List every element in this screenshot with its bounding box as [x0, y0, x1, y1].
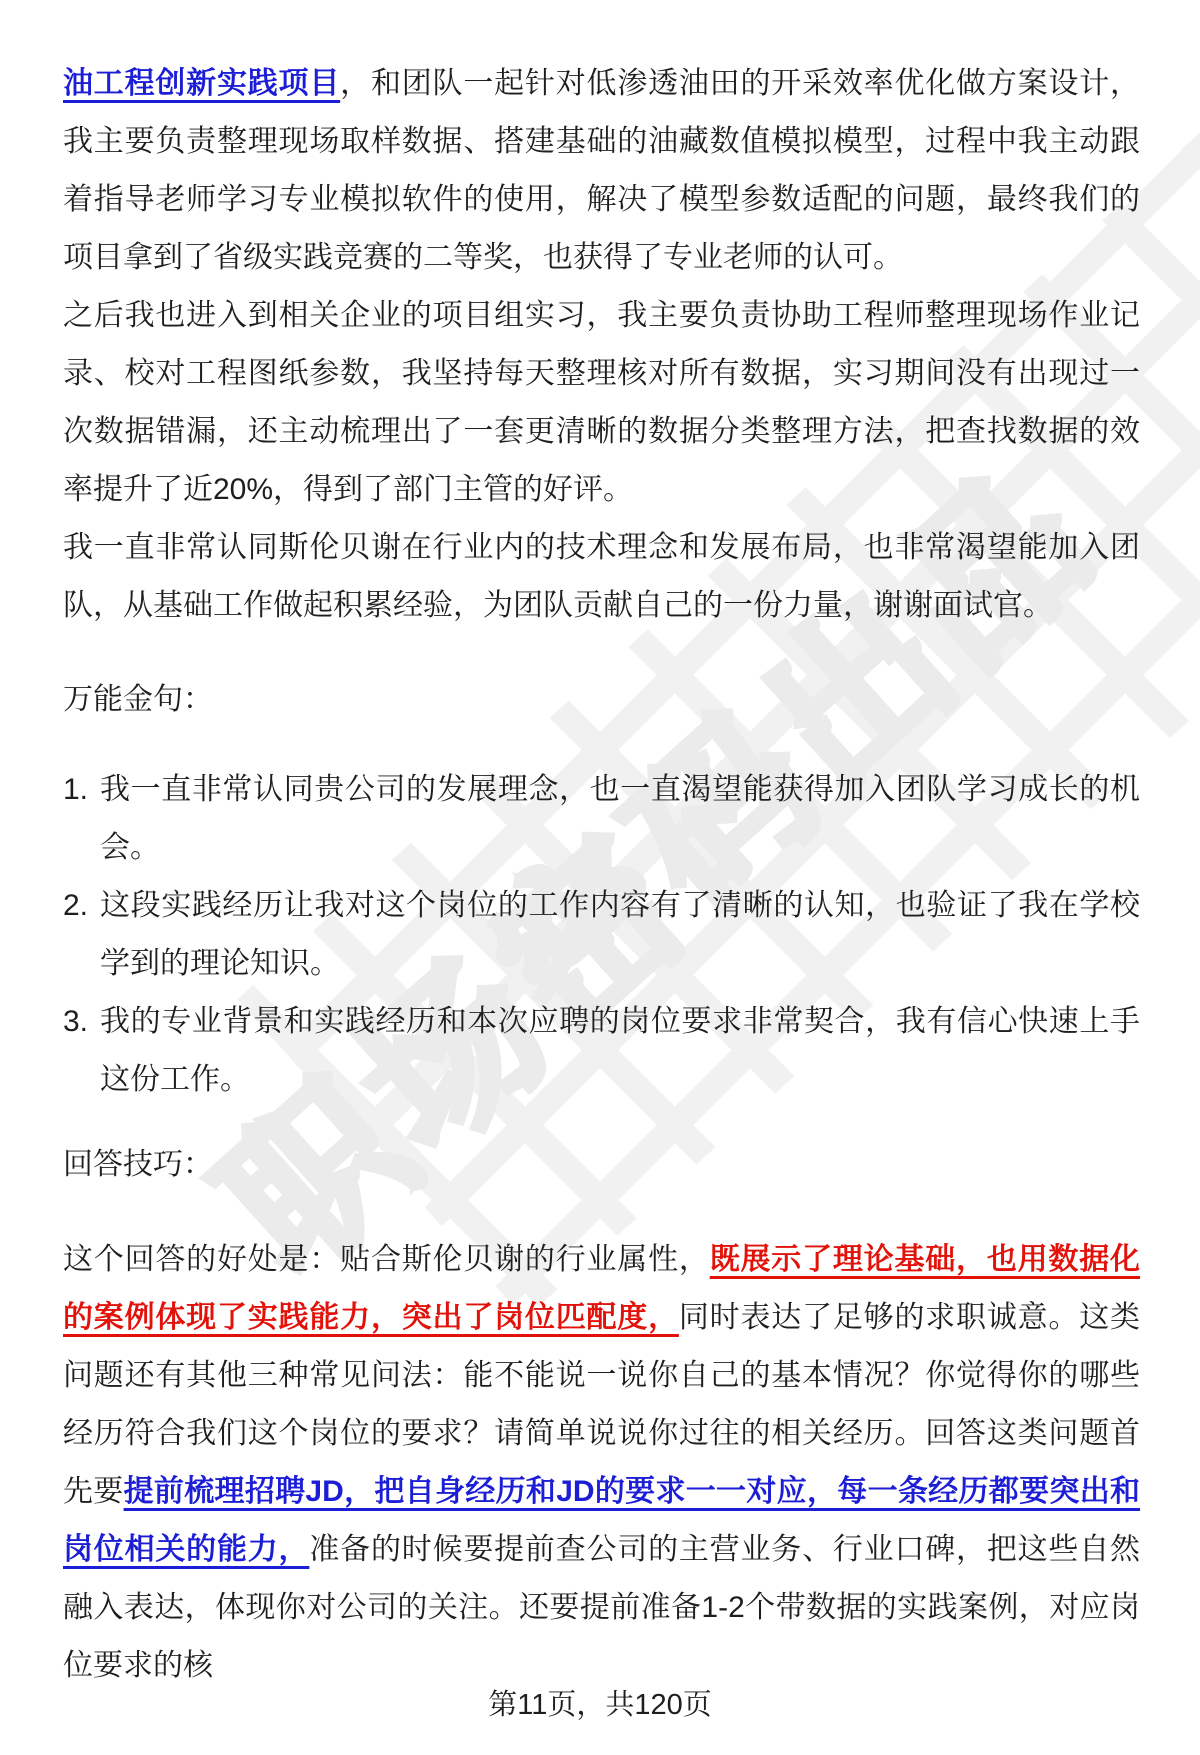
list-item: 3. 我的专业背景和实践经历和本次应聘的岗位要求非常契合，我有信心快速上手这份工… [63, 993, 1140, 1109]
list-item-number: 3. [63, 993, 100, 1109]
list-item-text: 我的专业背景和实践经历和本次应聘的岗位要求非常契合，我有信心快速上手这份工作。 [100, 993, 1140, 1109]
project-title-link[interactable]: 油工程创新实践项目 [63, 67, 340, 100]
paragraph-tips: 这个回答的好处是：贴合斯伦贝谢的行业属性，既展示了理论基础，也用数据化的案例体现… [63, 1231, 1140, 1695]
page-number-footer: 第11页，共120页 [0, 1688, 1200, 1722]
answer-tips-heading: 回答技巧： [63, 1136, 1140, 1194]
golden-sentences-heading: 万能金句： [63, 671, 1140, 729]
list-item-number: 2. [63, 877, 100, 993]
paragraph-project-experience: 油工程创新实践项目，和团队一起针对低渗透油田的开采效率优化做方案设计，我主要负责… [63, 55, 1140, 287]
list-item: 1. 我一直非常认同贵公司的发展理念，也一直渴望能获得加入团队学习成长的机会。 [63, 761, 1140, 877]
document-page: 油工程创新实践项目，和团队一起针对低渗透油田的开采效率优化做方案设计，我主要负责… [0, 0, 1200, 1695]
tips-text-1: 这个回答的好处是：贴合斯伦贝谢的行业属性， [63, 1243, 710, 1276]
list-item-number: 1. [63, 761, 100, 877]
list-item-text: 我一直非常认同贵公司的发展理念，也一直渴望能获得加入团队学习成长的机会。 [100, 761, 1140, 877]
list-item: 2. 这段实践经历让我对这个岗位的工作内容有了清晰的认知，也验证了我在学校学到的… [63, 877, 1140, 993]
list-item-text: 这段实践经历让我对这个岗位的工作内容有了清晰的认知，也验证了我在学校学到的理论知… [100, 877, 1140, 993]
paragraph-closing: 我一直非常认同斯伦贝谢在行业内的技术理念和发展布局，也非常渴望能加入团队，从基础… [63, 519, 1140, 635]
golden-sentences-list: 1. 我一直非常认同贵公司的发展理念，也一直渴望能获得加入团队学习成长的机会。 … [63, 761, 1140, 1109]
paragraph-internship: 之后我也进入到相关企业的项目组实习，我主要负责协助工程师整理现场作业记录、校对工… [63, 287, 1140, 519]
